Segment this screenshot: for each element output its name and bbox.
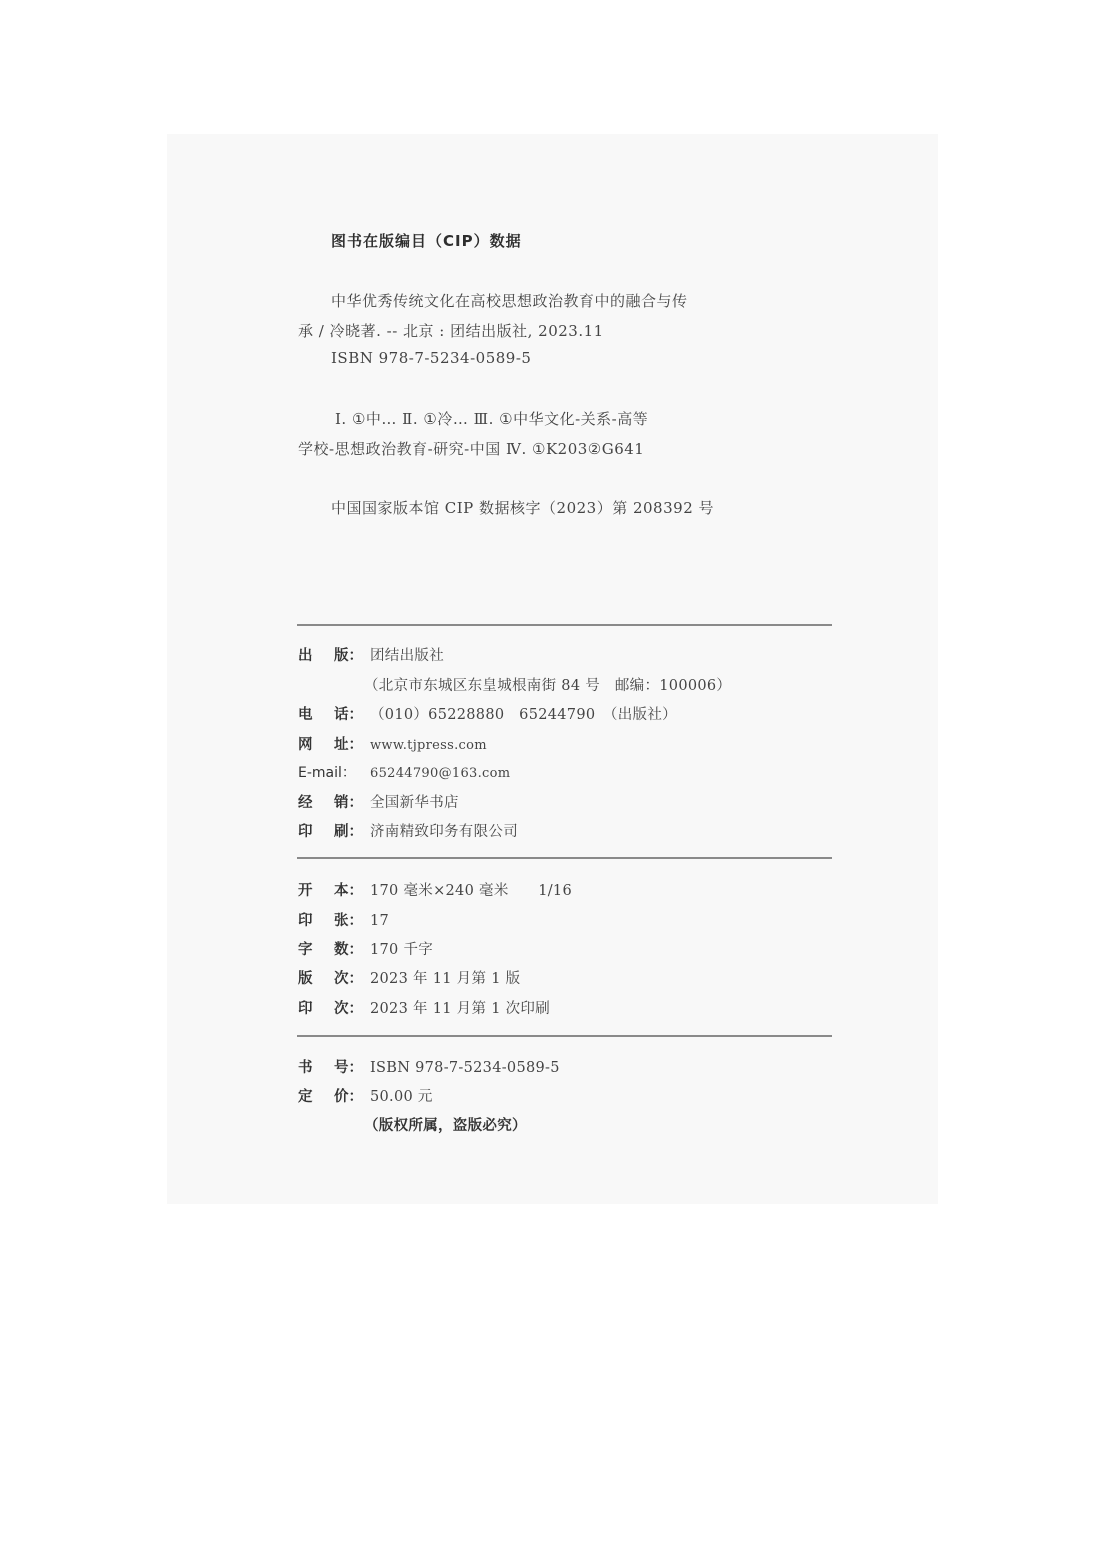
cip-classification-line-2: 学校-思想政治教育-研究-中国 Ⅳ. ①K203②G641 (298, 438, 644, 459)
word-count-value: 170 千字 (370, 938, 433, 959)
edition-value: 2023 年 11 月第 1 版 (370, 967, 520, 988)
cip-isbn: ISBN 978-7-5234-0589-5 (331, 349, 531, 367)
cip-book-line-1: 中华优秀传统文化在高校思想政治教育中的融合与传 (331, 290, 688, 311)
price-value: 50.00 元 (370, 1085, 433, 1106)
printer-row: 印刷： 济南精致印务有限公司 (298, 820, 518, 841)
copyright-notice: （版权所属，盗版必究） (364, 1114, 527, 1135)
price-row: 定价： 50.00 元 (298, 1085, 433, 1106)
cip-book-line-2: 承 / 冷晓著. -- 北京 : 团结出版社, 2023.11 (298, 320, 604, 341)
publisher-value: 团结出版社 (370, 644, 444, 665)
distributor-label: 经销： (298, 791, 370, 812)
printer-label: 印刷： (298, 820, 370, 841)
email-label: E-mail： (298, 762, 370, 782)
publisher-row: 出版： 团结出版社 (298, 644, 444, 665)
publisher-label: 出版： (298, 644, 370, 665)
cip-title: 图书在版编目（CIP）数据 (331, 230, 522, 251)
book-number-row: 书号： ISBN 978-7-5234-0589-5 (298, 1056, 560, 1077)
cip-classification-line-1: Ⅰ. ①中… Ⅱ. ①冷… Ⅲ. ①中华文化-关系-高等 (335, 408, 648, 429)
printing-row: 印次： 2023 年 11 月第 1 次印刷 (298, 997, 550, 1018)
edition-label: 版次： (298, 967, 370, 988)
phone-row: 电话： （010）65228880 65244790 （出版社） (298, 703, 677, 724)
sheets-label: 印张： (298, 909, 370, 930)
distributor-row: 经销： 全国新华书店 (298, 791, 459, 812)
printer-value: 济南精致印务有限公司 (370, 820, 518, 841)
format-label: 开本： (298, 879, 370, 900)
printing-label: 印次： (298, 997, 370, 1018)
website-label: 网址： (298, 733, 370, 754)
website-row: 网址： www.tjpress.com (298, 733, 487, 754)
publisher-address: （北京市东城区东皇城根南街 84 号 邮编：100006） (364, 674, 731, 695)
divider-rule (297, 624, 832, 626)
divider-rule (297, 1035, 832, 1037)
printing-value: 2023 年 11 月第 1 次印刷 (370, 997, 550, 1018)
distributor-value: 全国新华书店 (370, 791, 459, 812)
sheets-row: 印张： 17 (298, 909, 389, 930)
word-count-row: 字数： 170 千字 (298, 938, 433, 959)
word-count-label: 字数： (298, 938, 370, 959)
edition-row: 版次： 2023 年 11 月第 1 版 (298, 967, 520, 988)
email-row: E-mail： 65244790@163.com (298, 762, 510, 782)
format-value: 170 毫米×240 毫米 1/16 (370, 879, 572, 900)
email-value: 65244790@163.com (370, 766, 510, 781)
phone-value: （010）65228880 65244790 （出版社） (370, 703, 677, 724)
phone-label: 电话： (298, 703, 370, 724)
cip-record-number: 中国国家版本馆 CIP 数据核字（2023）第 208392 号 (331, 497, 714, 518)
book-number-label: 书号： (298, 1056, 370, 1077)
format-row: 开本： 170 毫米×240 毫米 1/16 (298, 879, 572, 900)
book-number-value: ISBN 978-7-5234-0589-5 (370, 1060, 560, 1076)
divider-rule (297, 857, 832, 859)
website-value: www.tjpress.com (370, 738, 487, 753)
sheets-value: 17 (370, 913, 389, 929)
price-label: 定价： (298, 1085, 370, 1106)
